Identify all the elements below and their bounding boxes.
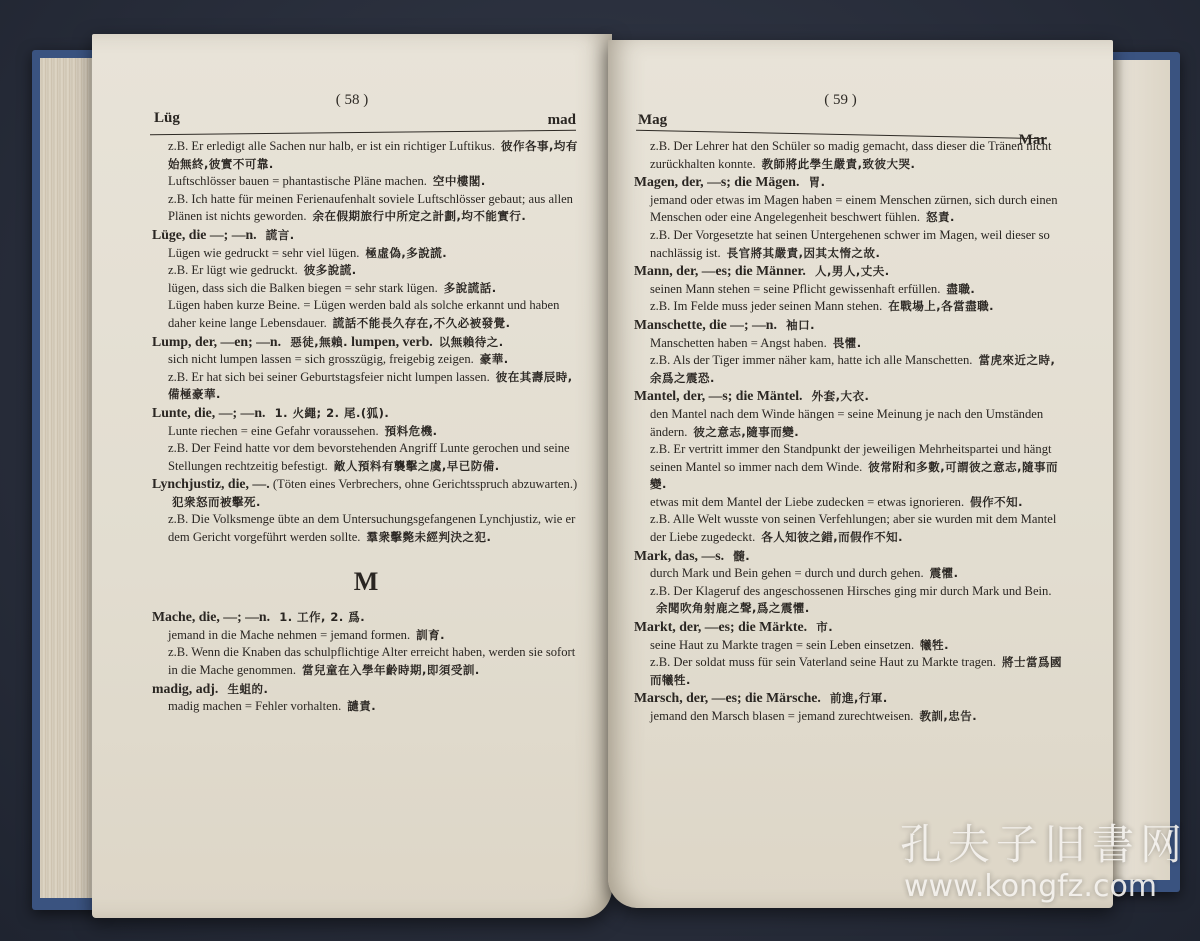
chinese-gloss: 在戰場上,各當盡職.: [888, 299, 994, 313]
chinese-gloss: 余聞吹角射鹿之聲,爲之震懼.: [656, 601, 810, 615]
dictionary-example: z.B. Der Feind hatte vor dem bevorstehen…: [152, 440, 580, 475]
page-edges-right: [1108, 60, 1170, 880]
german-text: jemand in die Mache nehmen = jemand form…: [168, 628, 410, 642]
german-text: seine Haut zu Markte tragen = sein Leben…: [650, 638, 914, 652]
headword: Mantel, der, —s; die Mäntel.: [634, 388, 802, 403]
german-text: Manschetten haben = Angst haben.: [650, 336, 827, 350]
chinese-gloss: 假作不知.: [970, 495, 1023, 509]
chinese-gloss: 彼多說謊.: [304, 263, 357, 277]
headword: Marsch, der, —es; die Märsche.: [634, 690, 821, 705]
chinese-gloss: 犯衆怒而被擊死.: [172, 495, 261, 509]
dictionary-example: z.B. Die Volksmenge übte an dem Untersuc…: [152, 511, 580, 546]
chinese-gloss: 羣衆擊斃未經判決之犯.: [366, 530, 491, 544]
chinese-gloss: 譴責.: [347, 699, 376, 713]
dictionary-example: etwas mit dem Mantel der Liebe zudecken …: [634, 494, 1066, 512]
chinese-gloss: 謊言.: [266, 228, 295, 242]
chinese-gloss: 訓育.: [416, 628, 445, 642]
chinese-gloss: 長官將其嚴責,因其太惰之故.: [727, 246, 881, 260]
guide-word-right: mad: [548, 112, 576, 129]
chinese-gloss: 盡職.: [946, 282, 975, 296]
headword: Markt, der, —es; die Märkte.: [634, 619, 807, 634]
page-edges-left: [40, 58, 98, 898]
dictionary-example: z.B. Alle Welt wusste von seinen Verfehl…: [634, 511, 1066, 546]
chinese-gloss: 教訓,忠告.: [919, 709, 977, 723]
headword: madig, adj.: [152, 681, 218, 696]
headword: Lüge, die —; —n.: [152, 227, 257, 242]
dictionary-example: z.B. Er hat sich bei seiner Geburtstagsf…: [152, 369, 580, 404]
dictionary-headword-entry: Manschette, die —; —n. 袖口.: [634, 316, 1066, 335]
german-text: jemand den Marsch blasen = jemand zurech…: [650, 709, 913, 723]
dictionary-headword-entry: Mache, die, —; —n. 1. 工作, 2. 爲.: [152, 608, 580, 627]
headword: Lump, der, —en; —n.: [152, 334, 281, 349]
chinese-gloss: 畏懼.: [833, 336, 862, 350]
guide-word-left: Mag: [638, 112, 667, 129]
german-text: Luftschlösser bauen = phantastische Plän…: [168, 174, 427, 188]
dictionary-headword-entry: Markt, der, —es; die Märkte. 市.: [634, 618, 1066, 637]
dictionary-example: z.B. Als der Tiger immer näher kam, hatt…: [634, 352, 1066, 387]
dictionary-example: den Mantel nach dem Winde hängen = seine…: [634, 406, 1066, 441]
german-text: z.B. Als der Tiger immer näher kam, hatt…: [650, 353, 972, 367]
right-page: ( 59 ) Mag Mar z.B. Der Lehrer hat den S…: [608, 40, 1113, 908]
dictionary-example: z.B. Im Felde muss jeder seinen Mann ste…: [634, 298, 1066, 316]
left-page-body: z.B. Er erledigt alle Sachen nur halb, e…: [152, 138, 580, 716]
guide-word-left: Lüg: [154, 110, 180, 127]
german-text: seinen Mann stehen = seine Pflicht gewis…: [650, 282, 940, 296]
left-page: ( 58 ) Lüg mad z.B. Er erledigt alle Sac…: [92, 34, 612, 918]
german-text: etwas mit dem Mantel der Liebe zudecken …: [650, 495, 964, 509]
dictionary-example: jemand in die Mache nehmen = jemand form…: [152, 627, 580, 645]
watermark-name: 孔夫子旧書网: [900, 820, 1188, 870]
chinese-gloss: 余在假期旅行中所定之計劃,均不能實行.: [313, 209, 527, 223]
chinese-gloss: 1. 火繩; 2. 尾.(狐).: [275, 406, 390, 420]
chinese-gloss: 以無賴待之.: [439, 335, 504, 349]
page-number: ( 58 ): [92, 92, 612, 109]
dictionary-example: z.B. Der Lehrer hat den Schüler so madig…: [634, 138, 1066, 173]
german-text: jemand oder etwas im Magen haben = einem…: [650, 193, 1058, 225]
german-text: z.B. Der soldat muss für sein Vaterland …: [650, 655, 996, 669]
chinese-gloss: 生蛆的.: [227, 682, 268, 696]
chinese-gloss: 教師將此學生嚴責,致彼大哭.: [762, 157, 916, 171]
dictionary-example: z.B. Der Vorgesetzte hat seinen Untergeh…: [634, 227, 1066, 262]
dictionary-headword-entry: Marsch, der, —es; die Märsche. 前進,行軍.: [634, 689, 1066, 708]
dictionary-headword-entry: Mann, der, —es; die Männer. 人,男人,丈夫.: [634, 262, 1066, 281]
german-text: z.B. Der Klageruf des angeschossenen Hir…: [650, 584, 1052, 598]
headword: Magen, der, —s; die Mägen.: [634, 174, 799, 189]
chinese-gloss: 惡徒,無賴.: [290, 335, 348, 349]
header-rule: [150, 130, 576, 135]
dictionary-example: z.B. Er vertritt immer den Standpunkt de…: [634, 441, 1066, 494]
german-text: madig machen = Fehler vorhalten.: [168, 699, 341, 713]
dictionary-headword-entry: Mark, das, —s. 髓.: [634, 547, 1066, 566]
german-text: z.B. Im Felde muss jeder seinen Mann ste…: [650, 299, 882, 313]
dictionary-headword-entry: Lynchjustiz, die, —. (Töten eines Verbre…: [152, 475, 580, 511]
dictionary-headword-entry: Lunte, die, —; —n. 1. 火繩; 2. 尾.(狐).: [152, 404, 580, 423]
watermark: 孔夫子旧書网 www.kongfz.com: [900, 820, 1188, 904]
chinese-gloss: 謊話不能長久存在,不久必被發覺.: [333, 316, 511, 330]
dictionary-example: Lügen wie gedruckt = sehr viel lügen.極虛偽…: [152, 245, 580, 263]
headword: Mark, das, —s.: [634, 548, 724, 563]
dictionary-example: Manschetten haben = Angst haben.畏懼.: [634, 335, 1066, 353]
chinese-gloss: 震懼.: [930, 566, 959, 580]
chinese-gloss: 怒責.: [926, 210, 955, 224]
chinese-gloss: 袖口.: [786, 318, 815, 332]
german-text: (Töten eines Verbrechers, ohne Gerichtss…: [273, 477, 577, 491]
page-number: ( 59 ): [588, 92, 1093, 109]
chinese-gloss: 市.: [816, 620, 833, 634]
dictionary-example: z.B. Er erledigt alle Sachen nur halb, e…: [152, 138, 580, 173]
dictionary-headword-entry: Lüge, die —; —n. 謊言.: [152, 226, 580, 245]
dictionary-example: Lügen haben kurze Beine. = Lügen werden …: [152, 297, 580, 332]
dictionary-headword-entry: Magen, der, —s; die Mägen. 胃.: [634, 173, 1066, 192]
headword: Manschette, die —; —n.: [634, 317, 777, 332]
headword: Mann, der, —es; die Männer.: [634, 263, 806, 278]
dictionary-example: jemand den Marsch blasen = jemand zurech…: [634, 708, 1066, 726]
chinese-gloss: 犧牲.: [920, 638, 949, 652]
chinese-gloss: 預料危機.: [385, 424, 438, 438]
dictionary-headword-entry: Mantel, der, —s; die Mäntel. 外套,大衣.: [634, 387, 1066, 406]
dictionary-example: z.B. Ich hatte für meinen Ferienaufenhal…: [152, 191, 580, 226]
dictionary-example: z.B. Der Klageruf des angeschossenen Hir…: [634, 583, 1066, 618]
dictionary-example: Luftschlösser bauen = phantastische Plän…: [152, 173, 580, 191]
chinese-gloss: 空中樓閣.: [433, 174, 486, 188]
dictionary-example: seinen Mann stehen = seine Pflicht gewis…: [634, 281, 1066, 299]
chinese-gloss: 敵人預料有襲擊之虞,早已防備.: [334, 459, 500, 473]
dictionary-example: sich nicht lumpen lassen = sich grosszüg…: [152, 351, 580, 369]
chinese-gloss: 胃.: [809, 175, 826, 189]
dictionary-example: durch Mark und Bein gehen = durch und du…: [634, 565, 1066, 583]
dictionary-example: seine Haut zu Markte tragen = sein Leben…: [634, 637, 1066, 655]
headword: lumpen, verb.: [351, 334, 433, 349]
watermark-url: www.kongfz.com: [904, 870, 1188, 904]
german-text: lügen, dass sich die Balken biegen = seh…: [168, 281, 438, 295]
german-text: sich nicht lumpen lassen = sich grosszüg…: [168, 352, 474, 366]
german-text: z.B. Er lügt wie gedruckt.: [168, 263, 298, 277]
german-text: durch Mark und Bein gehen = durch und du…: [650, 566, 924, 580]
dictionary-headword-entry: Lump, der, —en; —n. 惡徒,無賴. lumpen, verb.…: [152, 333, 580, 352]
chinese-gloss: 1. 工作, 2. 爲.: [279, 610, 365, 624]
chinese-gloss: 當兒童在入學年齡時期,即須受訓.: [302, 663, 480, 677]
german-text: z.B. Er erledigt alle Sachen nur halb, e…: [168, 139, 495, 153]
chinese-gloss: 各人知彼之錯,而假作不知.: [761, 530, 903, 544]
dictionary-example: z.B. Wenn die Knaben das schulpflichtige…: [152, 644, 580, 679]
chinese-gloss: 外套,大衣.: [812, 389, 870, 403]
chinese-gloss: 前進,行軍.: [830, 691, 888, 705]
german-text: Lügen wie gedruckt = sehr viel lügen.: [168, 246, 359, 260]
chinese-gloss: 髓.: [733, 549, 750, 563]
dictionary-example: lügen, dass sich die Balken biegen = seh…: [152, 280, 580, 298]
section-letter-heading: M: [152, 573, 580, 591]
chinese-gloss: 人,男人,丈夫.: [815, 264, 890, 278]
headword: Lunte, die, —; —n.: [152, 405, 265, 420]
dictionary-example: jemand oder etwas im Magen haben = einem…: [634, 192, 1066, 227]
headword: Mache, die, —; —n.: [152, 609, 270, 624]
chinese-gloss: 彼之意志,隨事而變.: [693, 425, 799, 439]
german-text: Lunte riechen = eine Gefahr voraussehen.: [168, 424, 379, 438]
german-text: z.B. Er hat sich bei seiner Geburtstagsf…: [168, 370, 490, 384]
dictionary-example: z.B. Er lügt wie gedruckt.彼多說謊.: [152, 262, 580, 280]
chinese-gloss: 多說謊話.: [444, 281, 497, 295]
right-page-body: z.B. Der Lehrer hat den Schüler so madig…: [634, 138, 1066, 726]
chinese-gloss: 極虛偽,多說謊.: [365, 246, 447, 260]
dictionary-example: Lunte riechen = eine Gefahr voraussehen.…: [152, 423, 580, 441]
headword: Lynchjustiz, die, —.: [152, 476, 270, 491]
dictionary-example: z.B. Der soldat muss für sein Vaterland …: [634, 654, 1066, 689]
chinese-gloss: 豪華.: [480, 352, 509, 366]
dictionary-example: madig machen = Fehler vorhalten.譴責.: [152, 698, 580, 716]
dictionary-headword-entry: madig, adj. 生蛆的.: [152, 680, 580, 699]
